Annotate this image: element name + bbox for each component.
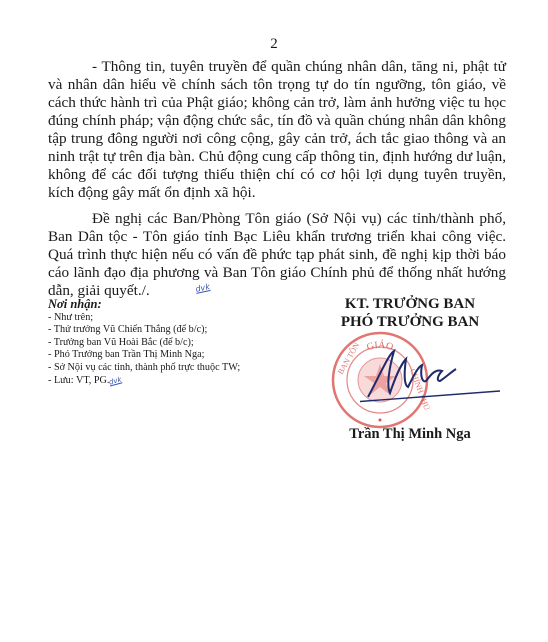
signer-name: Trần Thị Minh Nga bbox=[320, 426, 500, 443]
recipient-item: - Sở Nội vụ các tỉnh, thành phố trực thu… bbox=[48, 362, 240, 375]
signature-title: KT. TRƯỞNG BAN PHÓ TRƯỞNG BAN bbox=[320, 295, 500, 331]
page-number: 2 bbox=[0, 36, 548, 53]
initials-mark-small: dvk bbox=[108, 373, 123, 388]
signature-line-2: PHÓ TRƯỞNG BAN bbox=[320, 313, 500, 331]
recipient-item: - Như trên; bbox=[48, 312, 240, 325]
paragraph-2: Đề nghị các Ban/Phòng Tôn giáo (Sở Nội v… bbox=[48, 210, 506, 302]
document-body: - Thông tin, tuyên truyền để quần chúng … bbox=[48, 58, 506, 302]
recipient-item: - Phó Trưởng ban Trần Thị Minh Nga; bbox=[48, 349, 240, 362]
paragraph-1: - Thông tin, tuyên truyền để quần chúng … bbox=[48, 58, 506, 202]
signature-line-1: KT. TRƯỞNG BAN bbox=[320, 295, 500, 313]
recipients-heading: Nơi nhận: bbox=[48, 298, 240, 311]
recipient-item-text: - Lưu: VT, PG. bbox=[48, 375, 109, 386]
recipient-item: - Trưởng ban Vũ Hoài Bắc (để b/c); bbox=[48, 337, 240, 350]
paragraph-1-text: - Thông tin, tuyên truyền để quần chúng … bbox=[48, 58, 506, 201]
recipients-block: Nơi nhận: - Như trên; - Thứ trưởng Vũ Ch… bbox=[48, 298, 240, 387]
handwritten-signature-icon bbox=[360, 345, 500, 405]
paragraph-2-text: Đề nghị các Ban/Phòng Tôn giáo (Sở Nội v… bbox=[48, 210, 506, 299]
recipient-item: - Lưu: VT, PG.dvk bbox=[48, 375, 240, 388]
recipient-item: - Thứ trưởng Vũ Chiến Thắng (để b/c); bbox=[48, 324, 240, 337]
